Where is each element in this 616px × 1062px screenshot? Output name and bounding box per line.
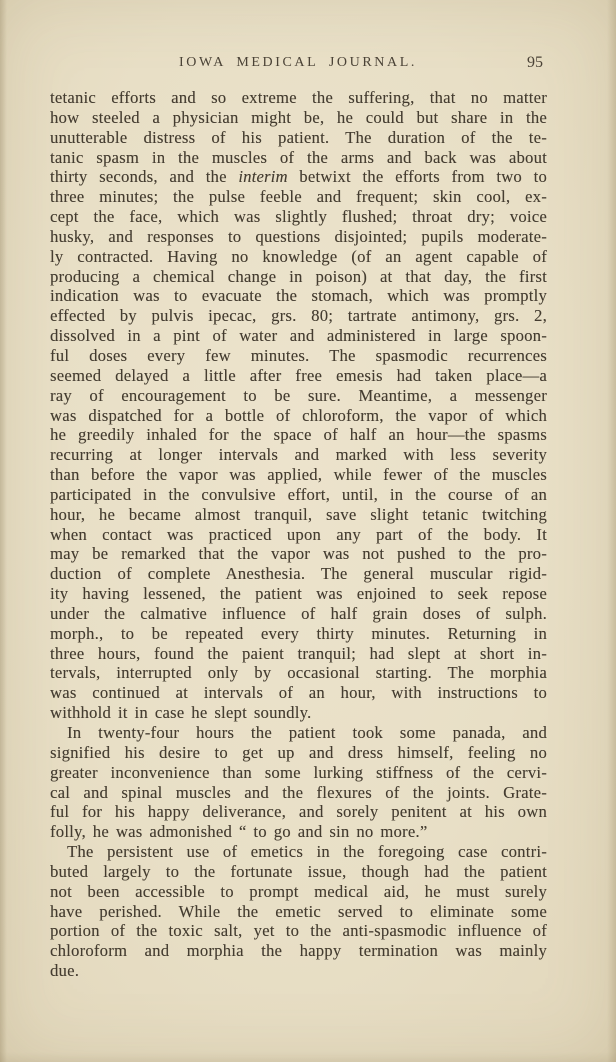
scanned-journal-page: IOWA MEDICAL JOURNAL. 95 tetanic efforts… xyxy=(0,0,616,1062)
text-line: ity having lessened, the patient was enj… xyxy=(50,584,547,604)
text-line: due. xyxy=(50,961,547,981)
text-line: than before the vapor was applied, while… xyxy=(50,465,547,485)
text-line: withhold it in case he slept soundly. xyxy=(50,703,547,723)
text-line: ful doses every few minutes. The spasmod… xyxy=(50,346,547,366)
text-line: producing a chemical change in poison) a… xyxy=(50,267,547,287)
text-line: participated in the convulsive effort, u… xyxy=(50,485,547,505)
paragraph: tetanic efforts and so extreme the suffe… xyxy=(50,88,547,723)
text-line: indication was to evacuate the stomach, … xyxy=(50,286,547,306)
text-line: greater inconvenience than some lurking … xyxy=(50,763,547,783)
text-line: under the calmative influence of half gr… xyxy=(50,604,547,624)
text-line: three hours, found the paient tranquil; … xyxy=(50,644,547,664)
text-line: recurring at longer intervals and marked… xyxy=(50,445,547,465)
text-line: portion of the toxic salt, yet to the an… xyxy=(50,921,547,941)
text-line: In twenty-four hours the patient took so… xyxy=(50,723,547,743)
text-line: may be remarked that the vapor was not p… xyxy=(50,544,547,564)
journal-title: IOWA MEDICAL JOURNAL. xyxy=(50,55,546,71)
text-line: effected by pulvis ipecac, grs. 80; tart… xyxy=(50,306,547,326)
text-line: husky, and responses to questions disjoi… xyxy=(50,227,547,247)
text-line: ray of encouragement to be sure. Meantim… xyxy=(50,386,547,406)
text-line: dissolved in a pint of water and adminis… xyxy=(50,326,547,346)
text-line: unutterable distress of his patient. The… xyxy=(50,128,547,148)
text-line: buted largely to the fortunate issue, th… xyxy=(50,862,547,882)
text-line: was dispatched for a bottle of chlorofor… xyxy=(50,406,547,426)
text-line: not been accessible to prompt medical ai… xyxy=(50,882,547,902)
text-line: tervals, interrupted only by occasional … xyxy=(50,663,547,683)
paragraph: In twenty-four hours the patient took so… xyxy=(50,723,547,842)
running-head: IOWA MEDICAL JOURNAL. 95 xyxy=(50,55,546,73)
article-body: tetanic efforts and so extreme the suffe… xyxy=(50,88,547,981)
text-line: hour, he became almost tranquil, save sl… xyxy=(50,505,547,525)
text-line: how steeled a physician might be, he cou… xyxy=(50,108,547,128)
text-line: ly contracted. Having no knowledge (of a… xyxy=(50,247,547,267)
page-number: 95 xyxy=(527,54,543,72)
text-line: signified his desire to get up and dress… xyxy=(50,743,547,763)
text-line: three minutes; the pulse feeble and freq… xyxy=(50,187,547,207)
paragraph: The persistent use of emetics in the for… xyxy=(50,842,547,981)
text-line: ful for his happy deliverance, and sorel… xyxy=(50,802,547,822)
text-line: morph., to be repeated every thirty minu… xyxy=(50,624,547,644)
text-line: folly, he was admonished “ to go and sin… xyxy=(50,822,547,842)
text-line: chloroform and morphia the happy termina… xyxy=(50,941,547,961)
text-line: when contact was practiced upon any part… xyxy=(50,525,547,545)
text-line: he greedily inhaled for the space of hal… xyxy=(50,425,547,445)
text-line: was continued at intervals of an hour, w… xyxy=(50,683,547,703)
text-line: have perished. While the emetic served t… xyxy=(50,902,547,922)
text-line: cal and spinal muscles and the flexures … xyxy=(50,783,547,803)
text-line: cept the face, which was slightly flushe… xyxy=(50,207,547,227)
text-line: thirty seconds, and the interim betwixt … xyxy=(50,167,547,187)
text-line: seemed delayed a little after free emesi… xyxy=(50,366,547,386)
text-line: tetanic efforts and so extreme the suffe… xyxy=(50,88,547,108)
text-line: tanic spasm in the muscles of the arms a… xyxy=(50,148,547,168)
text-line: duction of complete Anesthesia. The gene… xyxy=(50,564,547,584)
text-line: The persistent use of emetics in the for… xyxy=(50,842,547,862)
